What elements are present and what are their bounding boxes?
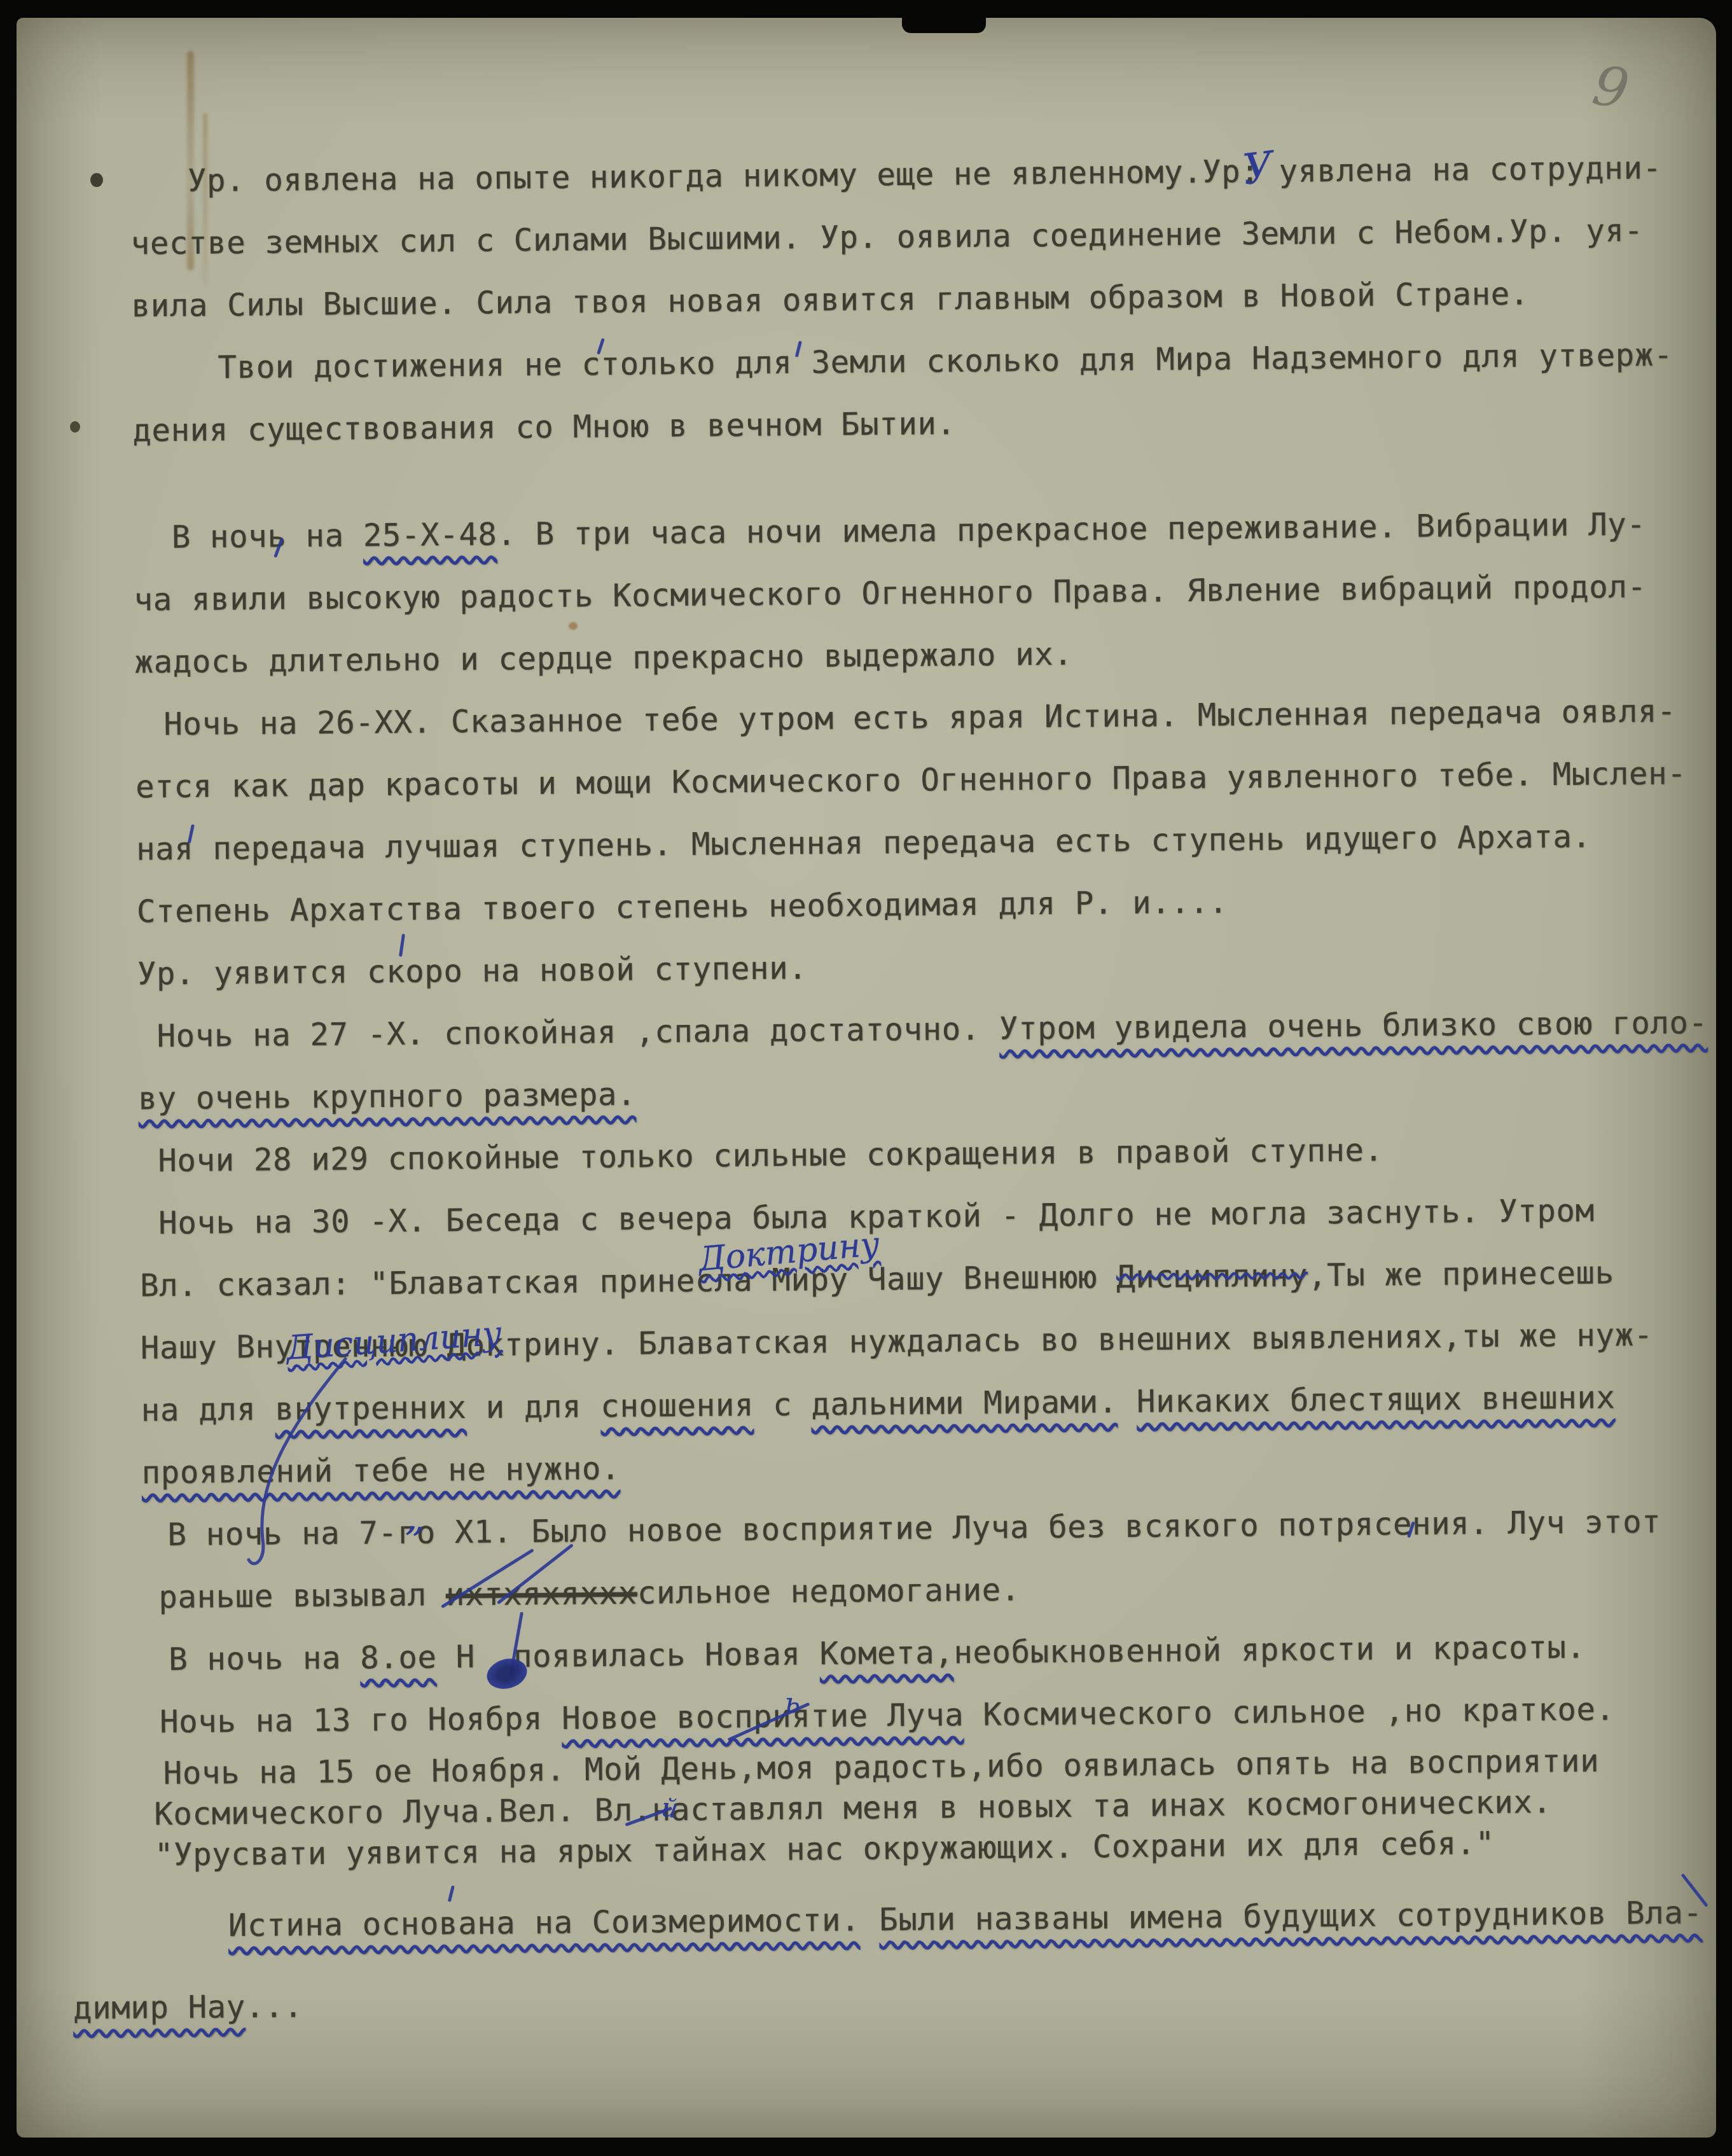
typed-segment xyxy=(1118,1384,1137,1420)
typed-segment-hand-underlined: Новое восприятие Луча xyxy=(562,1697,964,1737)
typed-segment: В ночь на xyxy=(169,1639,361,1678)
typed-segment: Ночь на 27 -Х. спокойная ,спала достаточ… xyxy=(156,1011,999,1055)
typed-segment: необыкновенной яркости и красоты. xyxy=(953,1629,1586,1671)
typed-line: димир Нау... xyxy=(73,1963,1693,2040)
typed-segment: Степень Архатства твоего степень необход… xyxy=(137,884,1228,929)
typed-segment: жадось длительно и сердце прекрасно выде… xyxy=(134,636,1072,681)
typed-text-block: Ур. оявлена на опыте никогда никому еще … xyxy=(130,137,1692,2039)
page-content: Ур. оявлена на опыте никогда никому еще … xyxy=(0,0,1732,2156)
typed-segment-hand-underlined: 8.ое xyxy=(360,1639,437,1676)
typed-segment: вила Силы Высшие. Сила твоя новая оявитс… xyxy=(131,275,1529,324)
typed-segment: Ночь на 30 -Х. Беседа с вечера была крат… xyxy=(158,1192,1595,1241)
typed-segment: ется как дар красоты и мощи Космического… xyxy=(135,755,1687,805)
typed-segment-hand-underlined: дальними Мирами. xyxy=(811,1384,1118,1422)
typed-segment: ча явили высокую радость Космического Ог… xyxy=(134,569,1646,618)
typed-segment: Ур. уявится скоро на новой ступени. xyxy=(137,950,807,992)
typed-segment-hand-underlined: ву очень крупного размера. xyxy=(138,1076,636,1117)
typed-segment: Н появилась Новая xyxy=(436,1636,819,1675)
typed-segment-hand-underlined: внутренних xyxy=(275,1389,467,1428)
typed-segment: . В три часа ночи имела прекрасное переж… xyxy=(497,506,1645,553)
scanned-document-view: { "colors":{"paper":"#b2b19b","typewrite… xyxy=(0,0,1732,2156)
typed-segment xyxy=(860,1902,880,1938)
typed-line: Истина основана на Соизмеримости. Были н… xyxy=(228,1882,1691,1957)
typed-segment-hand-underlined: проявлений тебе не нужно. xyxy=(141,1450,620,1491)
typed-segment: Ночь на 13 го Ноября xyxy=(160,1700,562,1741)
typed-line: дения существования со Мною в вечном Быт… xyxy=(132,386,1679,462)
typed-segment-hand-struck: Дисциплину xyxy=(1116,1257,1308,1295)
typed-segment: В ночь на 7-го Х1. Было новое восприятие… xyxy=(167,1504,1661,1553)
typed-segment-hand-underlined: Никаких блестящих внешних xyxy=(1137,1379,1616,1420)
typed-segment: Вл. сказал: "Блаватская принесла Миру Ча… xyxy=(140,1259,1117,1304)
typed-segment: Ночь на 26-ХХ. Сказанное тебе утром есть… xyxy=(163,693,1676,742)
typed-line: В ночь на 7-го Х1. Было новое восприятие… xyxy=(167,1491,1688,1566)
typed-segment: сильное недомогание. xyxy=(637,1571,1020,1611)
typed-segment-hand-underlined: димир Нау xyxy=(73,1989,246,2026)
typed-segment: Нашу Внутреннюю Доктрину. Блаватская нуж… xyxy=(141,1317,1653,1367)
typed-segment: ... xyxy=(246,1988,303,2025)
typed-segment: Ур. оявлена на опыте никогда никому еще … xyxy=(188,150,1662,198)
typed-segment: Космического сильное ,но краткое. xyxy=(964,1691,1615,1733)
typed-segment: честве земных сил с Силами Высшими. Ур. … xyxy=(130,212,1643,262)
typed-segment: Твои достижения не столько для Земли ско… xyxy=(218,337,1673,386)
typed-segment: Ночи 28 и29 спокойные только сильные сок… xyxy=(158,1132,1383,1179)
typed-segment-hand-underlined: Утром увидела очень близко свою голо- xyxy=(999,1005,1708,1047)
typed-segment-hand-underlined: Были названы имена будущих сотрудников В… xyxy=(879,1895,1703,1938)
typed-segment-hand-underlined: Истина основана на Соизмеримости. xyxy=(228,1902,861,1944)
typed-line: Твои достижения не столько для Земли ско… xyxy=(218,324,1678,399)
typed-segment: ная передача лучшая ступень. Мысленная п… xyxy=(136,818,1591,867)
typed-segment: с xyxy=(754,1386,812,1423)
typed-segment: ,Ты же принесешь xyxy=(1308,1255,1614,1293)
typed-segment: на для xyxy=(141,1391,275,1429)
typed-segment: и для xyxy=(466,1388,600,1426)
typed-segment: В ночь на xyxy=(172,517,364,555)
typed-segment-hand-underlined: 25-Х-48 xyxy=(363,516,497,553)
typed-segment-hand-underlined: Комета, xyxy=(819,1634,953,1672)
typed-segment-typed-over: ихтхяхяххх xyxy=(446,1575,638,1613)
typed-segment: дения существования со Мною в вечном Быт… xyxy=(132,405,956,449)
typed-segment-hand-underlined: сношения xyxy=(600,1387,754,1424)
typed-line: Ночь на 27 -Х. спокойная ,спала достаточ… xyxy=(156,992,1684,1068)
typed-segment: раньше вызывал xyxy=(158,1576,446,1615)
